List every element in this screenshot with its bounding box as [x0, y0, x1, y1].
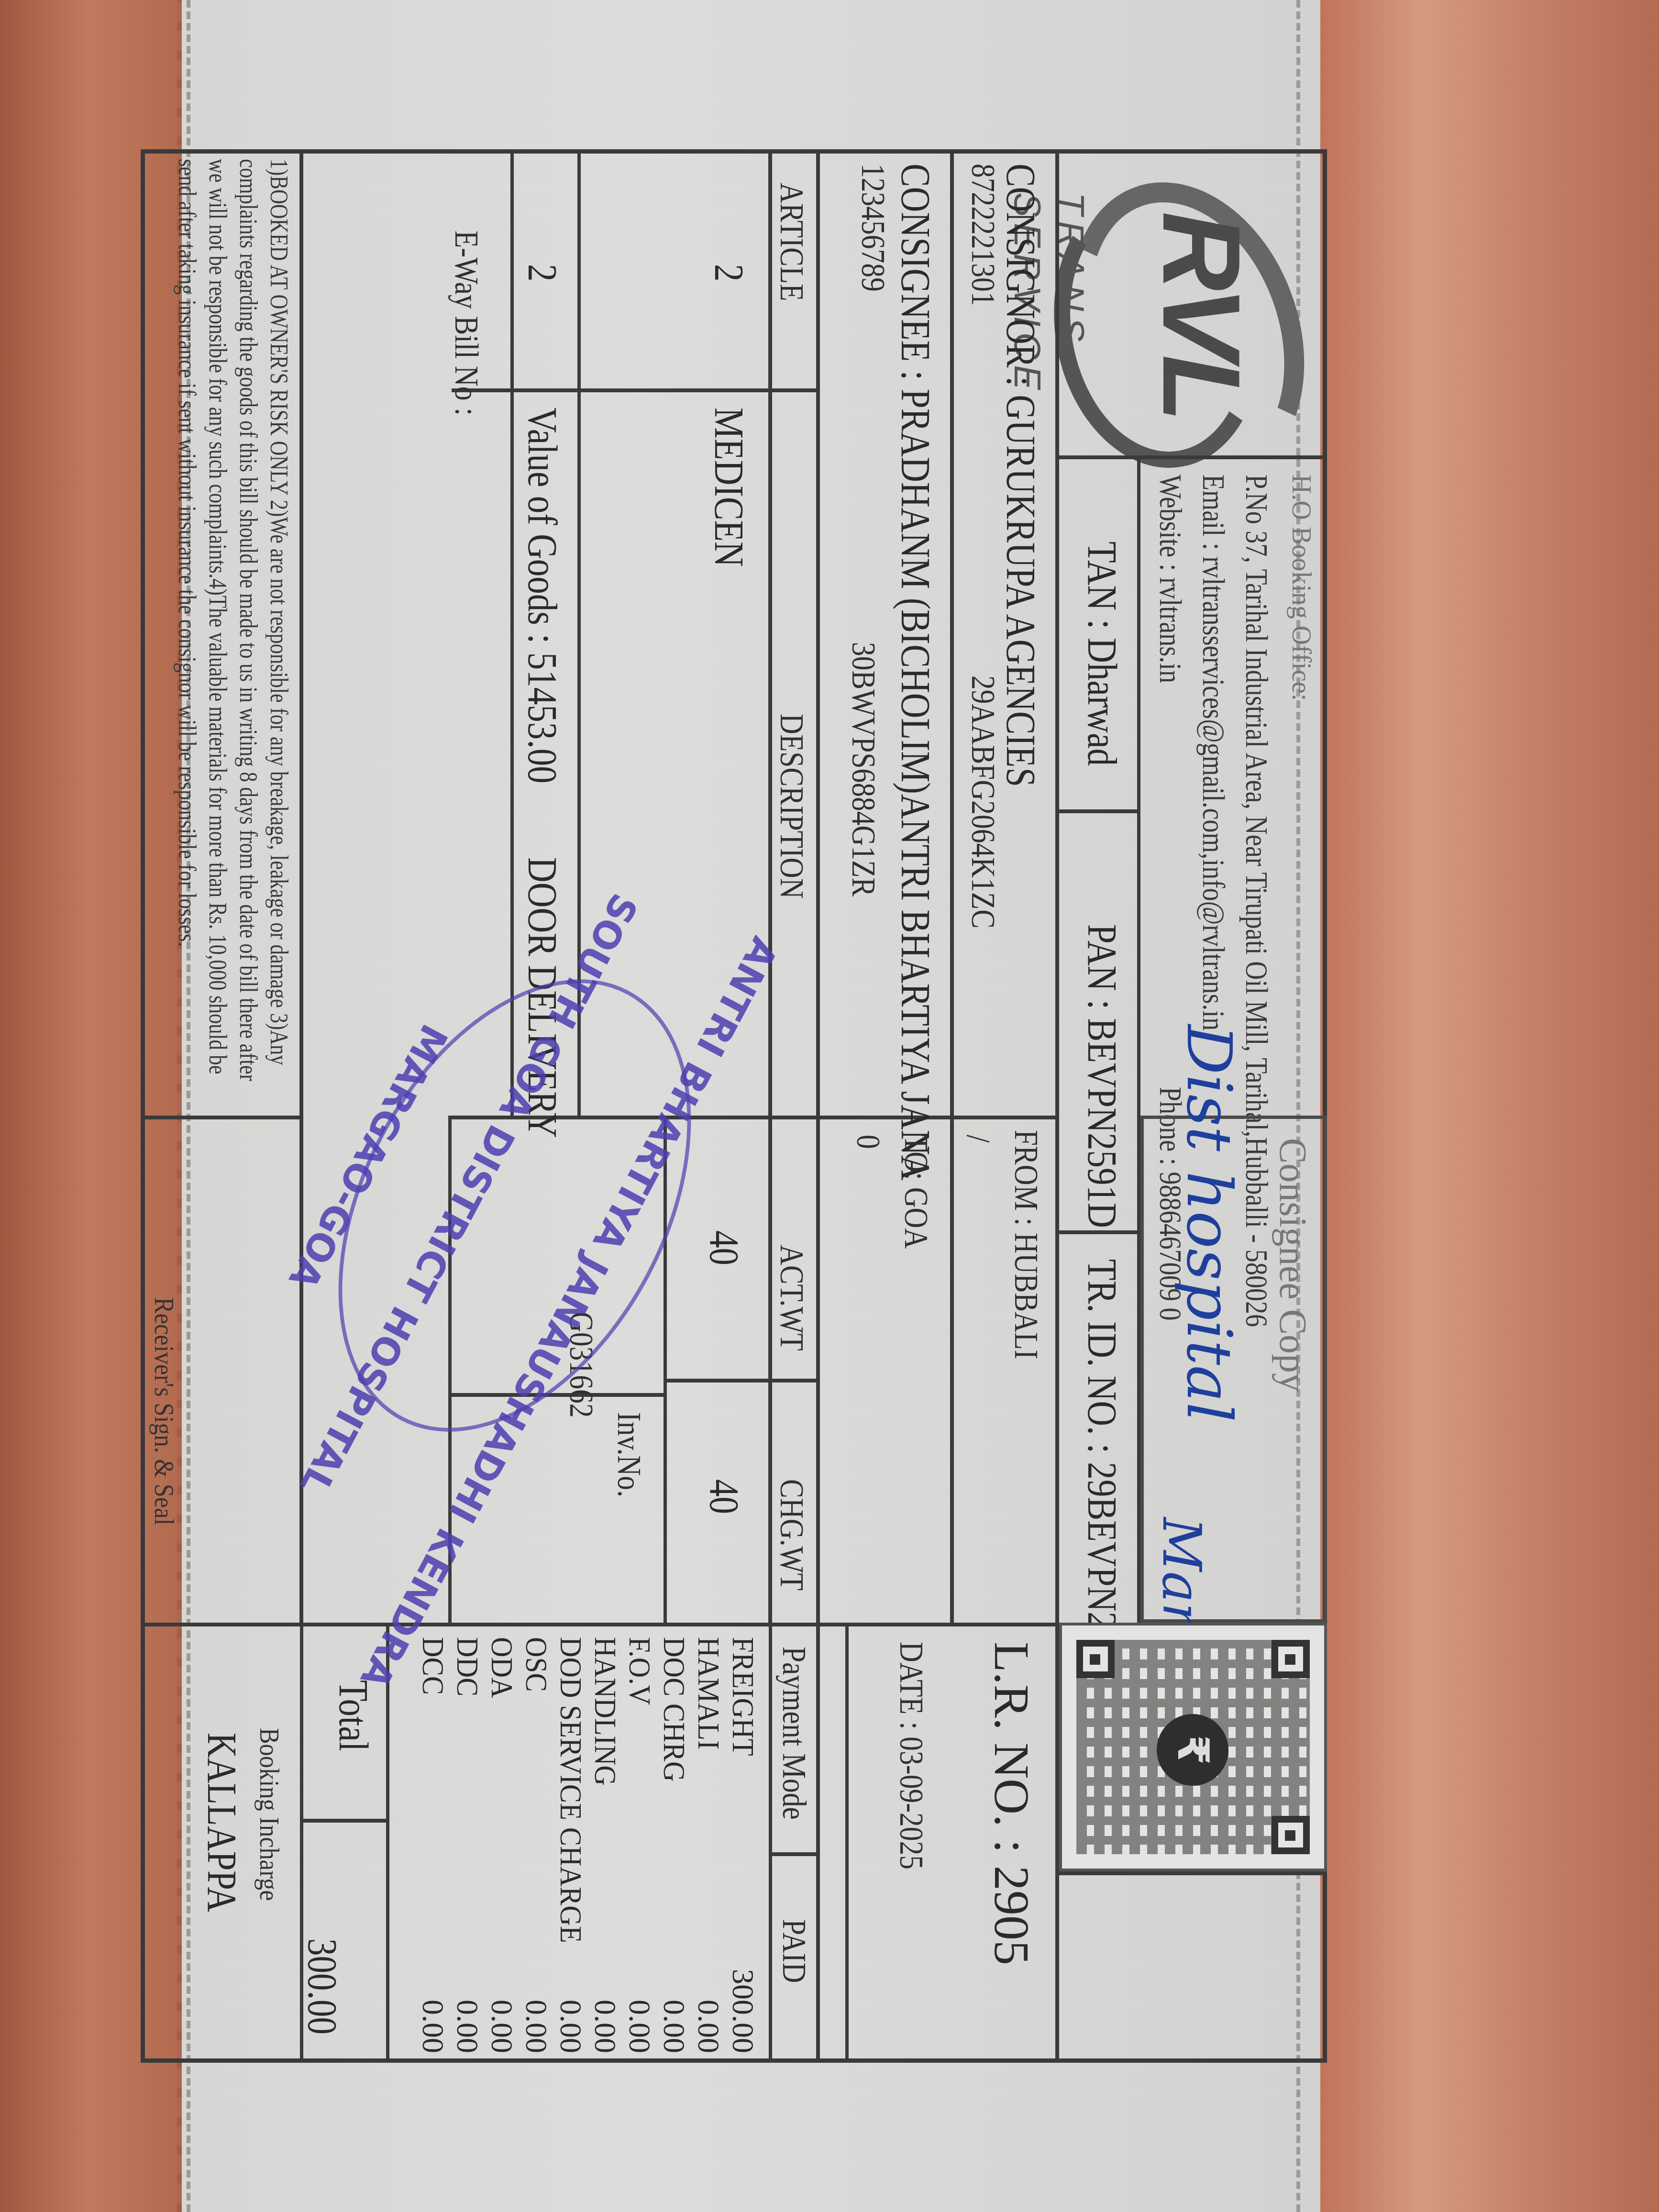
charge-name: FREIGHT: [726, 1637, 760, 1756]
value-of-goods: Value of Goods : 51453.00: [519, 408, 566, 784]
divider: [1137, 455, 1140, 1623]
article-count: 2: [705, 264, 753, 282]
total-value: 300.00: [299, 1938, 346, 2035]
charge-row: ODA0.00: [485, 1637, 519, 2053]
charge-name: DDC: [450, 1637, 485, 1696]
company-website: Website : rvltrans.in: [1152, 475, 1188, 683]
divider: [1059, 809, 1140, 813]
charge-row: HANDLING0.00: [588, 1637, 622, 2053]
charge-name: HANDLING: [588, 1637, 622, 1786]
invoice-number-label: Inv.No.: [609, 1412, 648, 1497]
divider: [1059, 1871, 1327, 1875]
divider: [772, 1852, 820, 1856]
terms-and-conditions: 1)BOOKED AT OWNER'S RISK ONLY 2)We are n…: [171, 159, 294, 1100]
upi-rupee-icon: ₹: [1157, 1714, 1228, 1786]
consignor-name: CONSIGNOR : GURUKRUPA AGENCIES: [997, 164, 1045, 787]
charge-amount: 0.00: [416, 2000, 450, 2053]
chg-wt-header: CHG.WT: [772, 1479, 810, 1591]
divider: [300, 1623, 303, 2063]
copy-type-label: Consignee Copy: [1271, 1138, 1314, 1392]
charge-amount: 0.00: [485, 2000, 519, 2053]
charge-amount: 0.00: [588, 2000, 622, 2053]
consignee-phone: 123456789: [853, 164, 892, 292]
divider: [769, 1623, 772, 2063]
total-label: Total: [330, 1680, 377, 1751]
article-header: ARTICLE: [772, 183, 810, 301]
divider: [667, 1379, 820, 1382]
company-email: Email : rvltransservices@gmail.com,info@…: [1195, 475, 1231, 1030]
actual-weight: 40: [700, 1230, 748, 1265]
wooden-table-right: [1320, 0, 1659, 2212]
payment-mode-value: PAID: [774, 1919, 813, 1983]
total-articles: 2: [519, 264, 566, 282]
qr-finder-icon: [1272, 1640, 1310, 1678]
charge-amount: 0.00: [657, 2000, 691, 2053]
charge-row: DCC0.00: [416, 1637, 450, 2053]
handwritten-note-destination: Dist hospital: [1173, 1025, 1246, 1422]
lr-number: L.R. NO. : 2905: [983, 1642, 1040, 1965]
charge-amount: 300.00: [726, 1969, 760, 2053]
divider: [141, 1116, 303, 1119]
receiver-sign-label: Receiver's Sign. & Seal: [148, 1297, 179, 1526]
divider: [510, 149, 514, 1116]
charge-name: F.O.V: [622, 1637, 657, 1705]
divider: [950, 149, 954, 1623]
divider: [820, 1623, 1059, 1626]
route-to-extra: 0: [849, 1135, 887, 1149]
qr-finder-icon: [1272, 1816, 1310, 1854]
charge-name: ODA: [485, 1637, 519, 1698]
charge-name: DOD SERVICE CHARGE: [553, 1637, 588, 1943]
tan-number: TAN : Dharwad: [1078, 542, 1126, 766]
qr-finder-icon: [1076, 1640, 1115, 1678]
charge-amount: 0.00: [622, 2000, 657, 2053]
divider: [299, 149, 303, 1623]
consignee-name: CONSIGNEE : PRADHANM (BICHOLIM)ANTRI BHA…: [892, 164, 940, 1181]
divider: [768, 149, 772, 1623]
charge-row: F.O.V0.00: [622, 1637, 657, 2053]
charge-name: HAMALI: [691, 1637, 726, 1749]
charge-row: DOC CHRG0.00: [657, 1637, 691, 2053]
charge-row: OSC0.00: [519, 1637, 553, 2053]
charge-name: DOC CHRG: [657, 1637, 691, 1782]
route-to: TO: GOA: [896, 1135, 935, 1249]
divider: [452, 388, 820, 392]
divider: [303, 1819, 389, 1823]
charges-list: FREIGHT300.00HAMALI0.00DOC CHRG0.00F.O.V…: [416, 1637, 760, 2053]
eway-bill-label: E-Way Bill No :: [447, 231, 485, 416]
pan-number: PAN : BEVPN2591D: [1078, 924, 1126, 1228]
description-header: DESCRIPTION: [772, 714, 810, 899]
ho-booking-office-label: H.O Booking Office:: [1286, 475, 1316, 701]
route-from-extra: /: [959, 1135, 997, 1143]
company-logo: RVL TRANS SERVICE: [1059, 159, 1317, 446]
consignor-phone: 8722221301: [963, 164, 1002, 306]
charge-row: FREIGHT300.00: [726, 1637, 760, 2053]
divider: [1059, 1230, 1140, 1234]
qr-code[interactable]: ₹: [1059, 1623, 1327, 1871]
booking-incharge-label: Booking Incharge: [254, 1728, 284, 1901]
charge-row: HAMALI0.00: [691, 1637, 726, 2053]
charge-name: OSC: [519, 1637, 553, 1692]
charge-row: DOD SERVICE CHARGE0.00: [553, 1637, 588, 2053]
booking-incharge-name: KALLAPPA: [198, 1733, 246, 1912]
lr-date: DATE : 03-09-2025: [892, 1642, 930, 1869]
route-from: FROM : HUBBALI: [1006, 1130, 1045, 1359]
consignee-gstin: 30BWVPS6884G1ZR: [844, 642, 882, 896]
consignor-gstin: 29AABFG2064K1ZC: [963, 675, 1002, 929]
act-wt-header: ACT.WT: [772, 1245, 810, 1351]
charge-name: DCC: [416, 1637, 450, 1695]
charge-amount: 0.00: [450, 2000, 485, 2053]
charge-amount: 0.00: [519, 2000, 553, 2053]
consignment-note: RVL TRANS SERVICE H.O Booking Office: P.…: [141, 149, 1327, 2063]
charge-row: DDC0.00: [450, 1637, 485, 2053]
divider: [816, 149, 820, 2063]
goods-description: MEDICEN: [705, 408, 753, 567]
payment-mode-label: Payment Mode: [774, 1647, 813, 1820]
divider: [1059, 455, 1327, 459]
divider: [820, 1116, 1059, 1119]
divider: [141, 1623, 820, 1626]
charge-amount: 0.00: [691, 2000, 726, 2053]
charge-amount: 0.00: [553, 2000, 588, 2053]
logo-text: RVL: [1138, 211, 1265, 417]
charged-weight: 40: [700, 1479, 748, 1514]
divider: [845, 1623, 849, 2063]
divider: [1055, 149, 1059, 2063]
